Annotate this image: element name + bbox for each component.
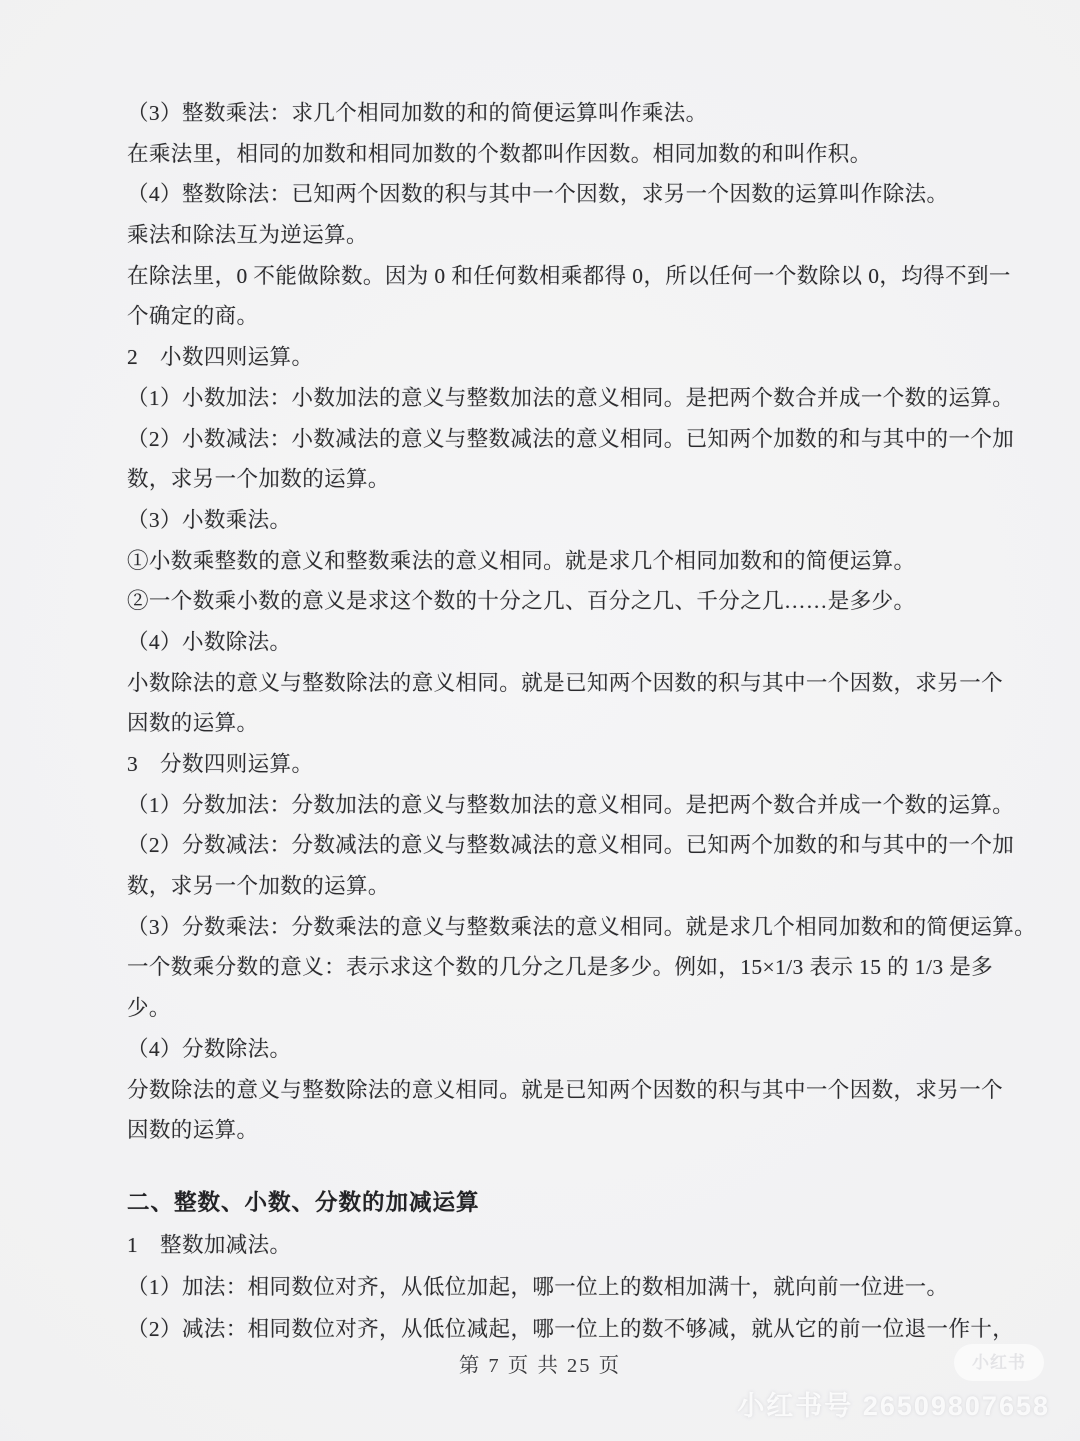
text-line: 数，求另一个加数的运算。 — [127, 866, 965, 907]
text-line: （2）小数减法：小数减法的意义与整数减法的意义相同。已知两个加数的和与其中的一个… — [127, 419, 965, 460]
document-body: （3）整数乘法：求几个相同加数的和的简便运算叫作乘法。在乘法里，相同的加数和相同… — [127, 93, 965, 1350]
text-line: ①小数乘整数的意义和整数乘法的意义相同。就是求几个相同加数和的简便运算。 — [127, 541, 965, 582]
text-line: 3 分数四则运算。 — [127, 744, 965, 785]
text-line: 乘法和除法互为逆运算。 — [127, 215, 965, 256]
text-line: 因数的运算。 — [127, 1110, 965, 1151]
text-line: （1）分数加法：分数加法的意义与整数加法的意义相同。是把两个数合并成一个数的运算… — [127, 785, 965, 826]
text-line: （2）分数减法：分数减法的意义与整数减法的意义相同。已知两个加数的和与其中的一个… — [127, 825, 965, 866]
text-line: 数，求另一个加数的运算。 — [127, 459, 965, 500]
text-line: （3）分数乘法：分数乘法的意义与整数乘法的意义相同。就是求几个相同加数和的简便运… — [127, 907, 965, 948]
document-page: （3）整数乘法：求几个相同加数的和的简便运算叫作乘法。在乘法里，相同的加数和相同… — [0, 0, 1080, 1441]
text-line: 个确定的商。 — [127, 296, 965, 337]
xiaohongshu-account-watermark: 小红书号 26509807658 — [737, 1384, 1050, 1423]
section-heading: 二、整数、小数、分数的加减运算 — [127, 1182, 965, 1224]
text-line: 一个数乘分数的意义：表示求这个数的几分之几是多少。例如，15×1/3 表示 15… — [127, 947, 965, 988]
page-number-footer: 第 7 页 共 25 页 — [0, 1348, 1080, 1378]
text-line: 因数的运算。 — [127, 703, 965, 744]
text-line: （1）加法：相同数位对齐，从低位加起，哪一位上的数相加满十，就向前一位进一。 — [127, 1266, 965, 1308]
text-line: ②一个数乘小数的意义是求这个数的十分之几、百分之几、千分之几……是多少。 — [127, 581, 965, 622]
text-line: （4）小数除法。 — [127, 622, 965, 663]
text-line: （2）减法：相同数位对齐，从低位减起，哪一位上的数不够减，就从它的前一位退一作十… — [127, 1308, 965, 1350]
text-line: （3）整数乘法：求几个相同加数的和的简便运算叫作乘法。 — [127, 93, 965, 134]
text-line: （4）整数除法：已知两个因数的积与其中一个因数，求另一个因数的运算叫作除法。 — [127, 174, 965, 215]
text-line: 少。 — [127, 988, 965, 1029]
text-line: （3）小数乘法。 — [127, 500, 965, 541]
text-line: 分数除法的意义与整数除法的意义相同。就是已知两个因数的积与其中一个因数，求另一个 — [127, 1070, 965, 1111]
text-line: 在除法里，0 不能做除数。因为 0 和任何数相乘都得 0，所以任何一个数除以 0… — [127, 256, 965, 297]
text-line: 1 整数加减法。 — [127, 1224, 965, 1266]
text-lines-container: （3）整数乘法：求几个相同加数的和的简便运算叫作乘法。在乘法里，相同的加数和相同… — [127, 93, 965, 1350]
xiaohongshu-watermark-badge: 小红书 — [954, 1344, 1044, 1381]
text-line: 2 小数四则运算。 — [127, 337, 965, 378]
text-line: 在乘法里，相同的加数和相同加数的个数都叫作因数。相同加数的和叫作积。 — [127, 134, 965, 175]
text-line: 小数除法的意义与整数除法的意义相同。就是已知两个因数的积与其中一个因数，求另一个 — [127, 663, 965, 704]
text-line: （4）分数除法。 — [127, 1029, 965, 1070]
text-line: （1）小数加法：小数加法的意义与整数加法的意义相同。是把两个数合并成一个数的运算… — [127, 378, 965, 419]
